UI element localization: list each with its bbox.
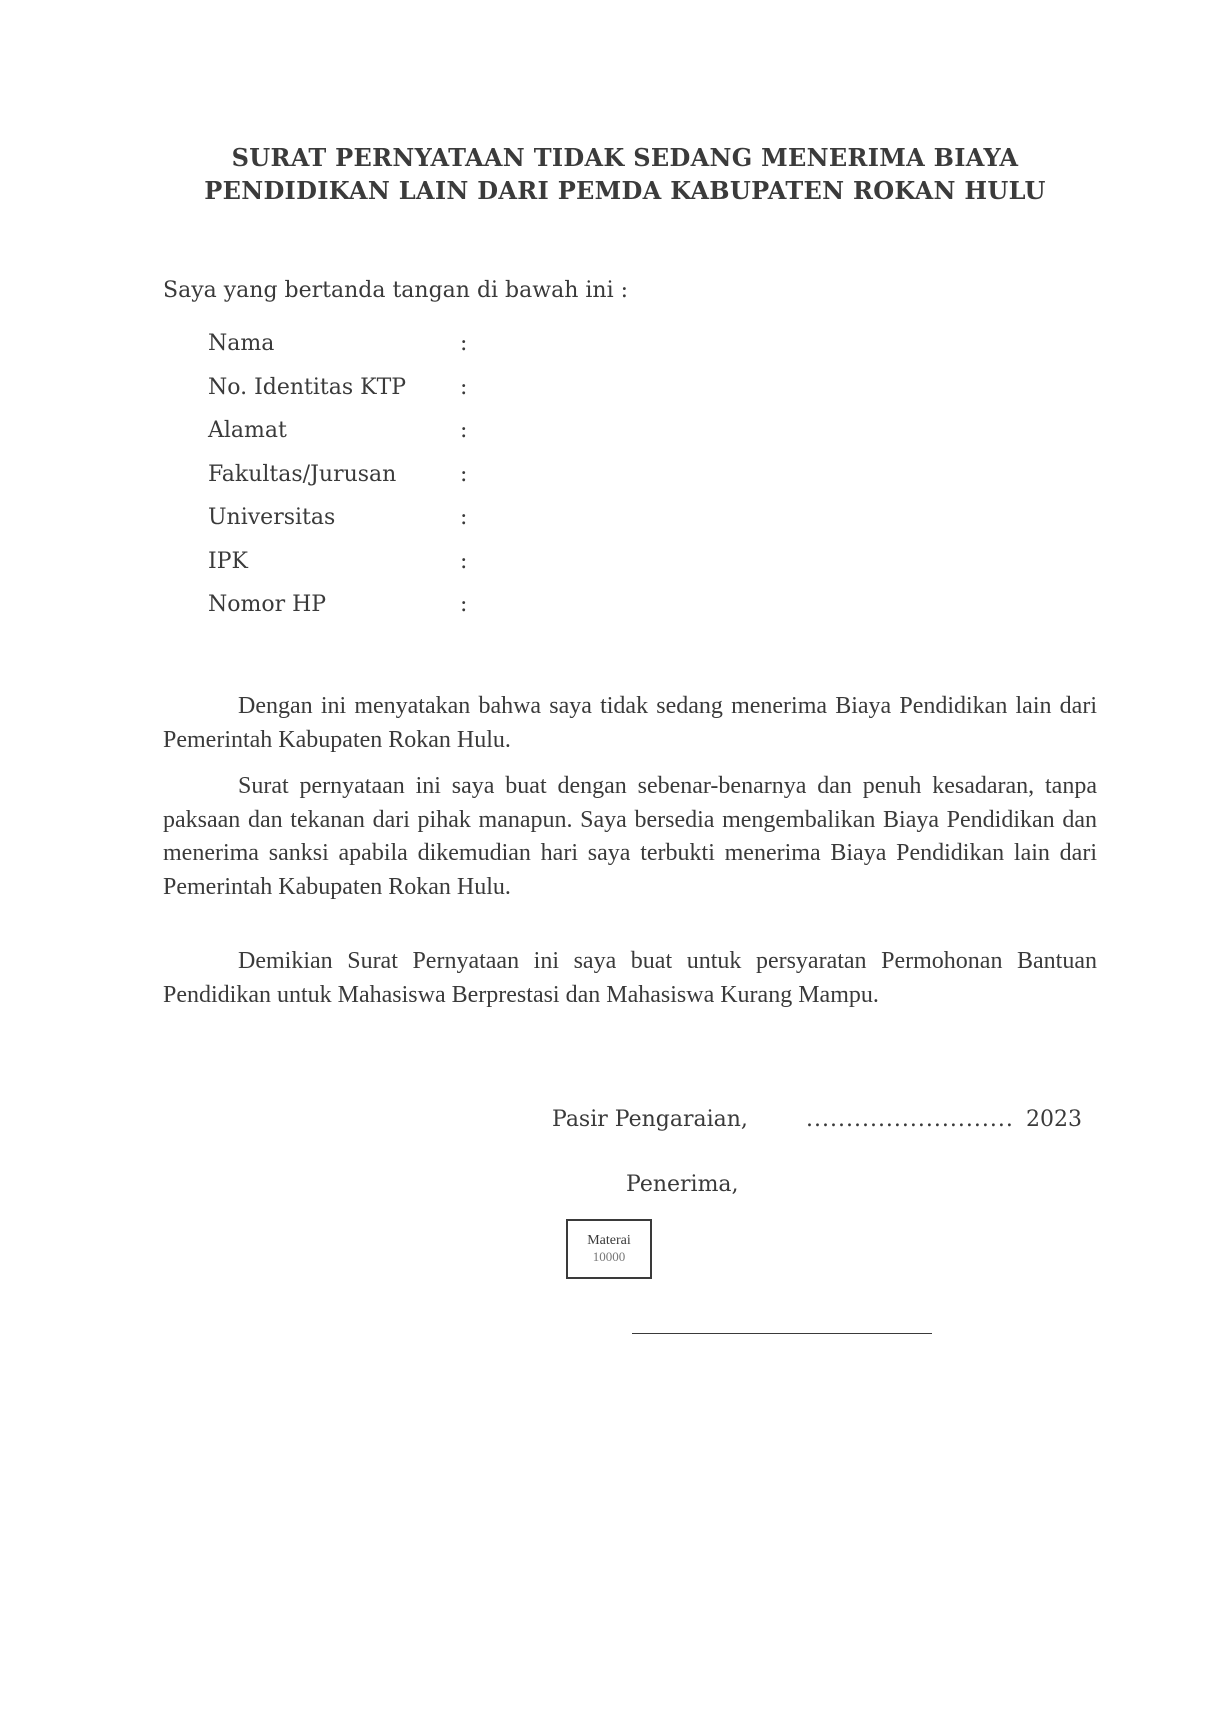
signature-place: Pasir Pengaraian, bbox=[552, 1107, 748, 1132]
closing-paragraph: Demikian Surat Pernyataan ini saya buat … bbox=[163, 945, 1097, 1012]
intro-text: Saya yang bertanda tangan di bawah ini : bbox=[163, 278, 628, 303]
document-title-line-2: PENDIDIKAN LAIN DARI PEMDA KABUPATEN ROK… bbox=[150, 176, 1100, 205]
stamp-label: Materai bbox=[568, 1233, 650, 1249]
paragraph-text: Surat pernyataan ini saya buat dengan se… bbox=[163, 773, 1097, 900]
document-title-line-1: SURAT PERNYATAAN TIDAK SEDANG MENERIMA B… bbox=[150, 143, 1100, 172]
paragraph-text: Demikian Surat Pernyataan ini saya buat … bbox=[163, 948, 1097, 1008]
field-label: Nomor HP bbox=[208, 592, 326, 617]
field-colon: : bbox=[460, 462, 467, 487]
stamp-duty-box: Materai 10000 bbox=[566, 1219, 652, 1279]
field-label: Alamat bbox=[208, 418, 287, 443]
date-placeholder: .......................... bbox=[806, 1107, 1014, 1132]
field-colon: : bbox=[460, 331, 467, 356]
field-label: Nama bbox=[208, 331, 274, 356]
field-colon: : bbox=[460, 505, 467, 530]
stamp-value: 10000 bbox=[568, 1249, 650, 1264]
signer-role: Penerima, bbox=[626, 1172, 739, 1197]
field-colon: : bbox=[460, 549, 467, 574]
field-label: No. Identitas KTP bbox=[208, 375, 406, 400]
field-label: IPK bbox=[208, 549, 248, 574]
field-colon: : bbox=[460, 375, 467, 400]
field-label: Universitas bbox=[208, 505, 335, 530]
signature-line bbox=[632, 1333, 932, 1334]
field-label: Fakultas/Jurusan bbox=[208, 462, 396, 487]
paragraph-text: Dengan ini menyatakan bahwa saya tidak s… bbox=[163, 693, 1097, 753]
declaration-paragraph: Surat pernyataan ini saya buat dengan se… bbox=[163, 770, 1097, 904]
statement-paragraph: Dengan ini menyatakan bahwa saya tidak s… bbox=[163, 690, 1097, 757]
field-colon: : bbox=[460, 418, 467, 443]
signature-year: 2023 bbox=[1026, 1107, 1082, 1132]
field-colon: : bbox=[460, 592, 467, 617]
